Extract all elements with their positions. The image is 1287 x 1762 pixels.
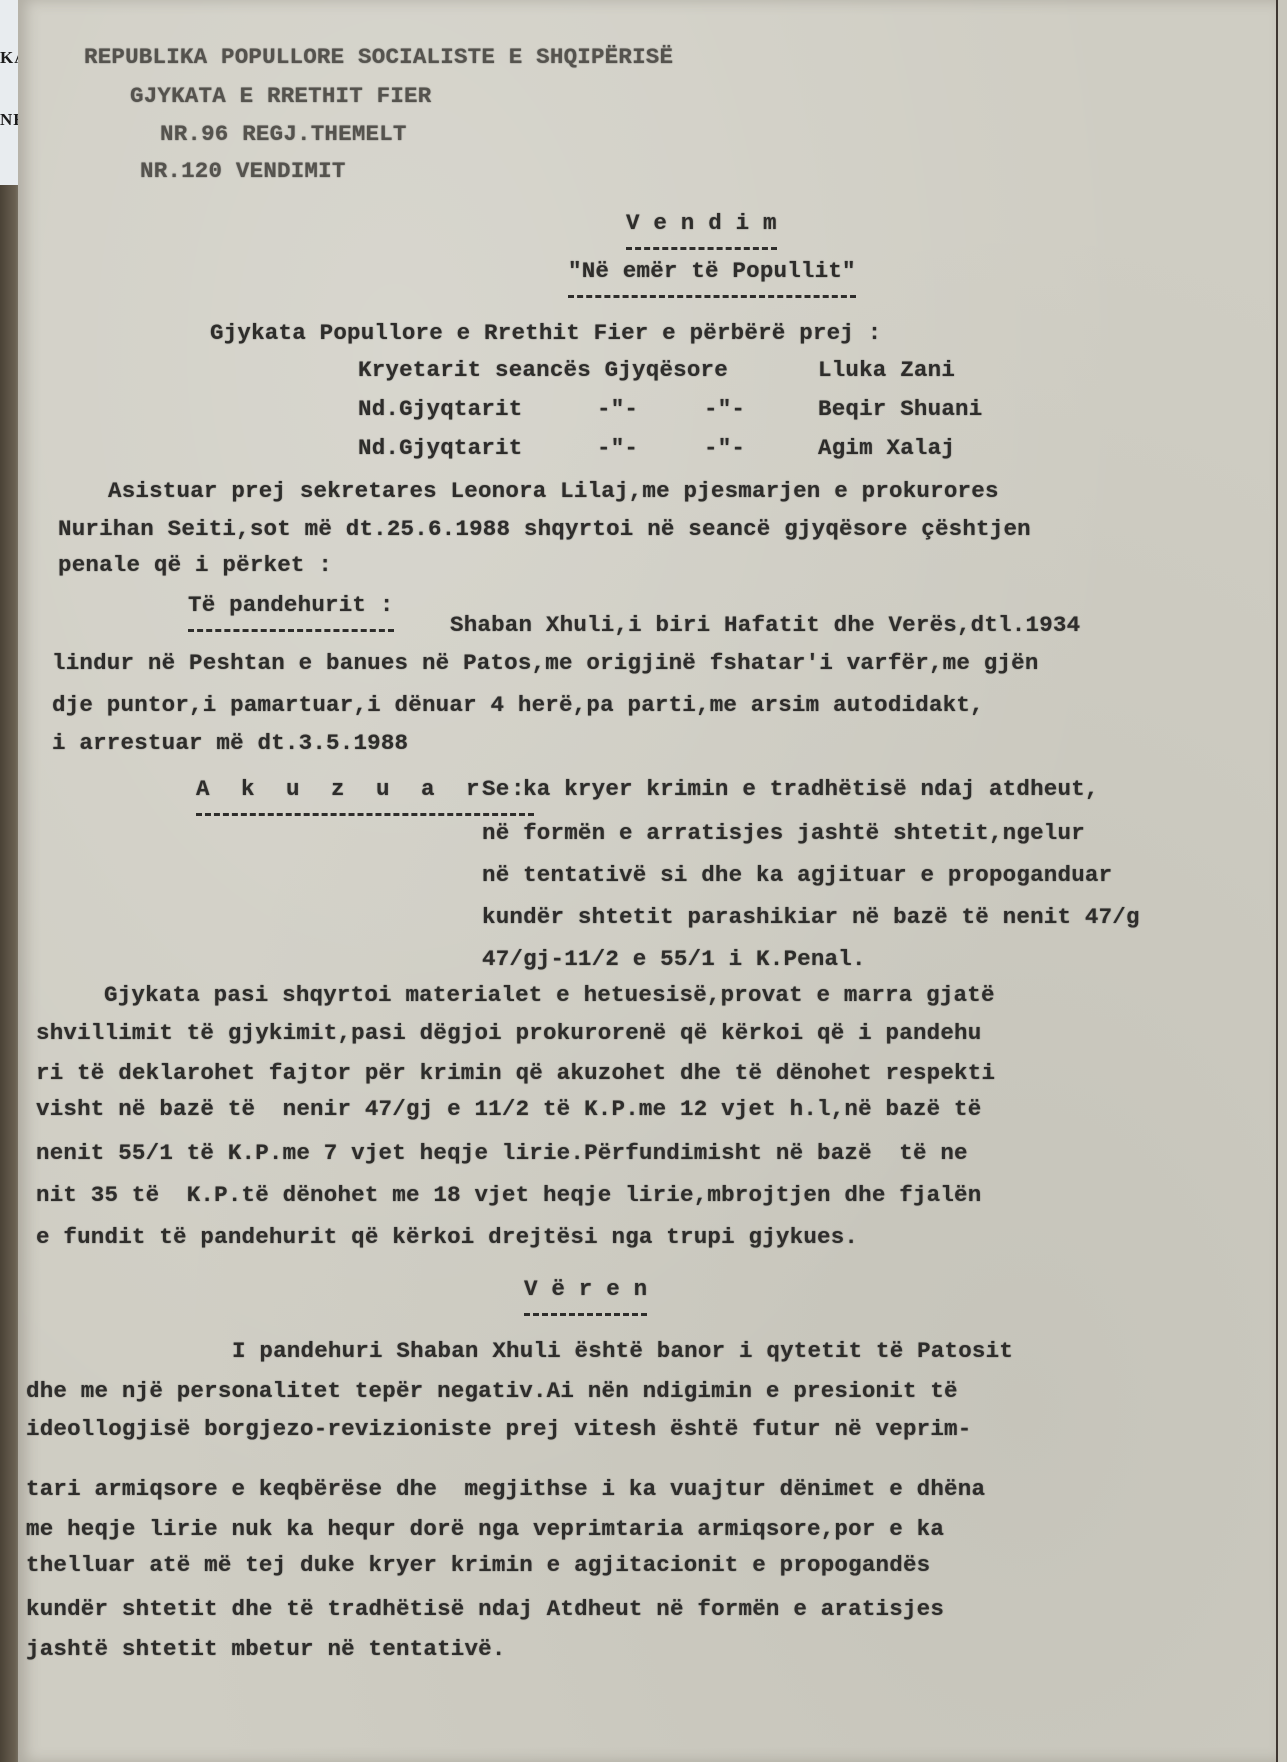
document-subtitle: "Në emër të Popullit" — [568, 258, 856, 284]
ditto-mark: -"- — [704, 435, 745, 461]
panel-member-role: Nd.Gjyqtarit — [358, 396, 522, 422]
background-surface — [1278, 0, 1287, 1762]
accused-line: Se ka kryer krimin e tradhëtisë ndaj atd… — [482, 776, 1099, 802]
findings-line: dhe me një personalitet tepër negativ.Ai… — [26, 1378, 958, 1404]
defendant-line: Shaban Xhuli,i biri Hafatit dhe Verës,dt… — [450, 612, 1080, 638]
panel-member-name: Beqir Shuani — [818, 396, 982, 422]
ditto-mark: -"- — [597, 435, 638, 461]
defendant-line: lindur në Peshtan e banues në Patos,me o… — [52, 650, 1039, 676]
findings-line: jashtë shtetit mbetur në tentativë. — [26, 1636, 506, 1662]
accused-line: në tentativë si dhe ka agjituar e propog… — [482, 862, 1112, 888]
header-decision-number: NR.120 VENDIMIT — [140, 158, 346, 184]
panel-member-name: Agim Xalaj — [818, 435, 955, 461]
header-reg-number: NR.96 REGJ.THEMELT — [160, 121, 407, 147]
panel-intro: Gjykata Popullore e Rrethit Fier e përbë… — [210, 320, 881, 346]
findings-line: I pandehuri Shaban Xhuli është banor i q… — [232, 1338, 1013, 1364]
findings-line: tari armiqsore e keqbërëse dhe megjithse… — [26, 1476, 985, 1502]
paragraph-line: Gjykata pasi shqyrtoi materialet e hetue… — [104, 982, 995, 1008]
paragraph-line: penale që i përket : — [58, 552, 332, 578]
findings-line: thelluar atë më tej duke kryer krimin e … — [26, 1552, 930, 1578]
header-republic: REPUBLIKA POPULLORE SOCIALISTE E SHQIPËR… — [84, 44, 673, 70]
findings-line: kundër shtetit dhe të tradhëtisë ndaj At… — [26, 1596, 944, 1622]
header-court: GJYKATA E RRETHIT FIER — [130, 83, 431, 109]
paragraph-line: visht në bazë të nenir 47/gj e 11/2 të K… — [36, 1096, 981, 1122]
panel-member-name: Lluka Zani — [818, 357, 955, 383]
accused-line: kundër shtetit parashikiar në bazë të ne… — [482, 904, 1140, 930]
ditto-mark: -"- — [704, 396, 745, 422]
findings-line: me heqje lirie nuk ka hequr dorë nga vep… — [26, 1516, 944, 1542]
panel-member-role: Kryetarit seancës Gjyqësore — [358, 357, 728, 383]
defendant-label: Të pandehurit : — [188, 592, 394, 618]
paragraph-line: e fundit të pandehurit që kërkoi drejtës… — [36, 1224, 858, 1250]
paragraph-line: nit 35 të K.P.të dënohet me 18 vjet heqj… — [36, 1182, 981, 1208]
paragraph-line: shvillimit të gjykimit,pasi dëgjoi proku… — [36, 1020, 981, 1046]
paragraph-line: nenit 55/1 të K.P.me 7 vjet heqje lirie.… — [36, 1140, 968, 1166]
panel-member-role: Nd.Gjyqtarit — [358, 435, 522, 461]
findings-title: V ë r e n — [524, 1276, 647, 1302]
document-title: V e n d i m — [626, 210, 777, 236]
ditto-mark: -"- — [597, 396, 638, 422]
paragraph-line: Asistuar prej sekretares Leonora Lilaj,m… — [108, 478, 999, 504]
paragraph-line: Nurihan Seiti,sot më dt.25.6.1988 shqyrt… — [58, 516, 1031, 542]
defendant-line: dje puntor,i pamartuar,i dënuar 4 herë,p… — [52, 692, 984, 718]
accused-line: në formën e arratisjes jashtë shtetit,ng… — [482, 820, 1085, 846]
accused-line: 47/gj-11/2 e 55/1 i K.Penal. — [482, 946, 866, 972]
findings-line: ideollogjisë borgjezo-revizioniste prej … — [26, 1416, 971, 1442]
defendant-line: i arrestuar më dt.3.5.1988 — [52, 730, 408, 756]
paragraph-line: ri të deklarohet fajtor për krimin që ak… — [36, 1060, 995, 1086]
